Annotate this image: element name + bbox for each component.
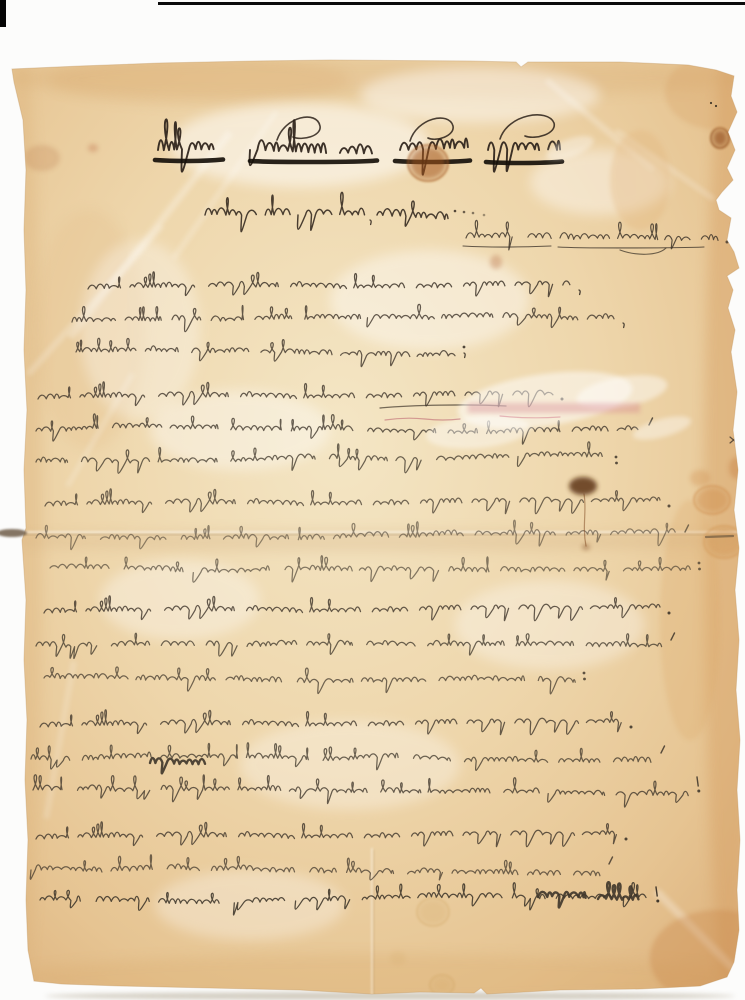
scanner-edge-artifact-corner bbox=[0, 0, 6, 27]
scanner-edge-artifact-top bbox=[158, 2, 745, 5]
scanned-document: Scanned sheet of aged, stained paper wit… bbox=[0, 0, 745, 1000]
manuscript-page bbox=[0, 0, 745, 1000]
